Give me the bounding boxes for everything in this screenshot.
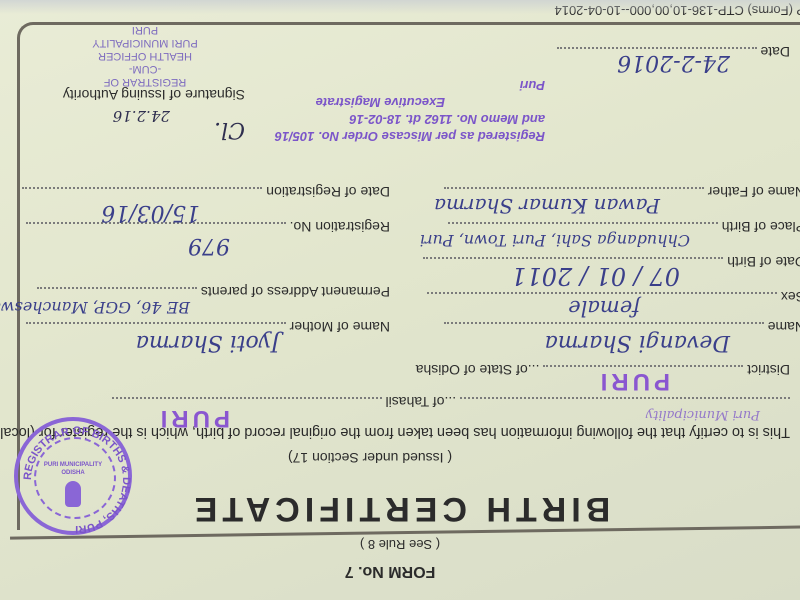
- reg-date-row: Date of Registration: [22, 184, 390, 200]
- signature-label: Signature of Issuing Authority: [63, 87, 245, 103]
- name-label: Name: [768, 319, 800, 335]
- officer-stamp-line1: REGISTRAR OF: [80, 75, 210, 88]
- district-stamp: PURI: [597, 367, 670, 395]
- registered-stamp-line2: and Memo No. 1162 dt. 18-02-16: [275, 111, 545, 128]
- dob-label: Date of Birth: [727, 254, 800, 270]
- officer-stamp-line5: PURI: [80, 23, 210, 36]
- registered-stamp-line1: Registered as per Miscase Order No. 105/…: [275, 128, 545, 145]
- state-label: ...of State of Odisha: [416, 362, 540, 378]
- emblem-icon: [65, 481, 81, 507]
- officer-stamp-line3: HEALTH OFFICER: [80, 49, 210, 62]
- seal-center-line1: PURI MUNICIPALITY: [18, 461, 128, 469]
- signature-date: 24.2.16: [113, 107, 170, 125]
- officer-stamp-line2: -CUM-: [80, 62, 210, 75]
- local-area-value: Puri Municipality: [646, 407, 760, 422]
- tahasil-dots: [112, 397, 382, 409]
- certificate-title: BIRTH CERTIFICATE: [140, 489, 660, 528]
- reg-date-value: 15/03/16: [101, 200, 200, 225]
- address-label: Permanent Address of parents: [201, 284, 390, 300]
- district-label: District: [747, 362, 790, 378]
- seal-center-line2: ODISHA: [18, 469, 128, 477]
- mother-value: Jyoti Sharma: [136, 330, 280, 355]
- paper-shadow: [0, 0, 800, 14]
- registered-stamp: Registered as per Miscase Order No. 105/…: [275, 77, 545, 145]
- father-value: Pawan Kumar Sharma: [434, 194, 660, 218]
- seal-center-text: PURI MUNICIPALITY ODISHA: [18, 461, 128, 507]
- date-value: 24-2-2016: [617, 50, 730, 75]
- reg-date-dots: [22, 187, 262, 199]
- date-label: Date: [760, 44, 790, 60]
- father-label: Name of Father: [708, 184, 800, 200]
- registered-stamp-line3: Executive Magistrate: [275, 94, 545, 111]
- officer-stamp-line4: PURI MUNICIPALITY: [80, 36, 210, 49]
- place-value: Chhudanga Sahi, Puri Town, Puri: [420, 231, 690, 250]
- tahasil-stamp: PURI: [157, 404, 230, 432]
- section-reference: ( Issued under Section 17): [240, 450, 500, 466]
- reg-date-label: Date of Registration: [266, 184, 390, 200]
- registered-stamp-line4: Puri: [275, 77, 545, 94]
- signature-scribble: Cl.: [214, 117, 245, 142]
- form-number: FORM No. 7: [240, 562, 540, 580]
- address-value: BE 46, GGP, Mancheswar, Khurda: [0, 298, 190, 317]
- child-name-value: Devangi Sharma: [545, 330, 730, 355]
- reg-no-value: 979: [188, 233, 230, 258]
- registrar-seal: REGISTRAR OF BIRTHS & DEATHS, PURI PURI …: [14, 417, 132, 535]
- reg-no-label: Registration No.: [290, 219, 390, 235]
- tahasil-label: ...of Tahasil: [386, 394, 457, 410]
- officer-stamp: REGISTRAR OF -CUM- HEALTH OFFICER PURI M…: [80, 23, 210, 88]
- place-label: Place of Birth: [722, 219, 800, 235]
- sex-label: Sex: [781, 289, 800, 305]
- dob-value: 07 / 01 / 2011: [511, 262, 680, 290]
- rule-reference: ( See Rule 8 ): [300, 537, 500, 552]
- sex-value: female: [568, 296, 640, 320]
- birth-certificate-document: FORM No. 7 ( See Rule 8 ) BIRTH CERTIFIC…: [0, 0, 800, 600]
- mother-label: Name of Mother: [290, 319, 390, 335]
